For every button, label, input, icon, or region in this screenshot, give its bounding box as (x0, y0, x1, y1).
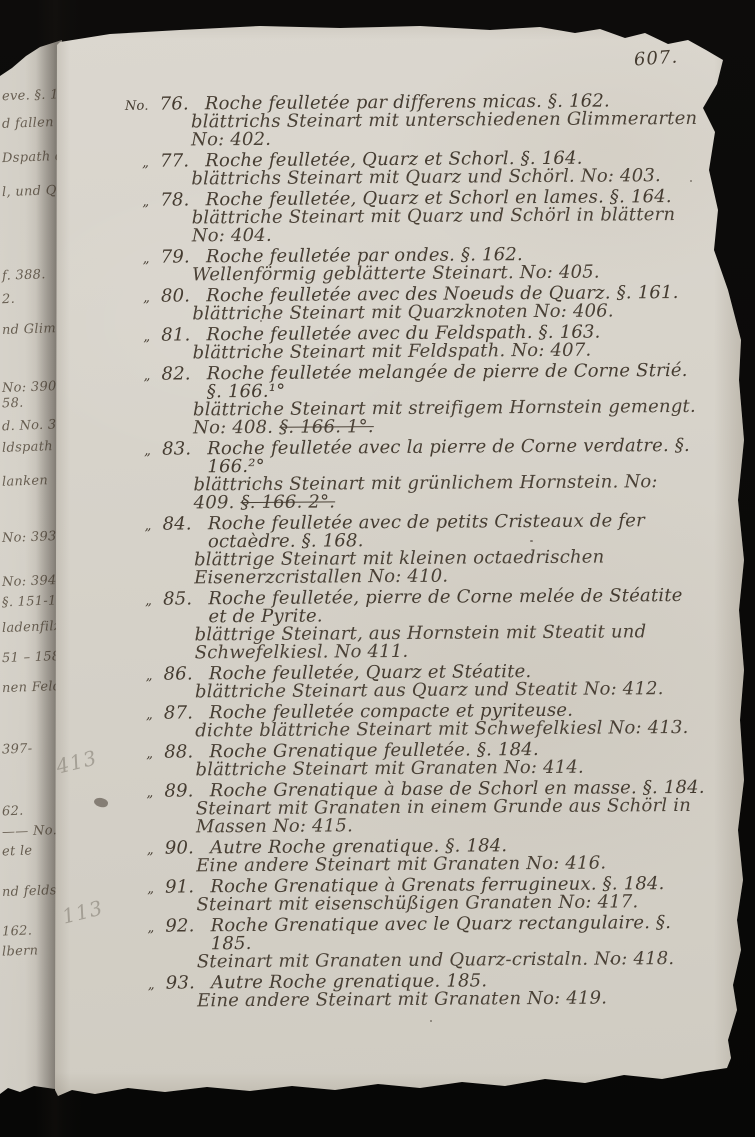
catalog-entry: „ 85. Roche feulletée, pierre de Corne m… (82, 587, 704, 663)
entry-german-transcription: blättrige Steinart mit kleinen octaedris… (194, 547, 605, 589)
ink-speck (170, 850, 172, 852)
entry-text: Roche feulletée melangée de pierre de Co… (207, 362, 703, 437)
entry-number: 90. (165, 839, 194, 875)
entry-text: Roche feulletée avec la pierre de Corne … (207, 437, 703, 512)
entry-text: Roche feulletée, Quarz et Stéatite. blät… (209, 662, 705, 701)
entry-german-transcription: blättrige Steinart, aus Hornstein mit St… (194, 621, 646, 663)
entry-text: Roche feulletée avec du Feldspath. §. 16… (206, 323, 702, 362)
entry-number: 82. (161, 365, 191, 437)
entry-german-transcription: blättriche Steinart aus Quarz und Steati… (195, 678, 664, 702)
entry-german-text: Steinart mit Granaten und Quarz-cristaln… (197, 950, 707, 972)
previous-page-text-fragment: 62. (2, 804, 24, 820)
entry-number: 92. (165, 917, 195, 971)
previous-page-text-fragment: 2. (2, 292, 16, 307)
entry-ditto-marker: „ (143, 327, 150, 363)
entry-ditto-marker: „ (145, 591, 152, 663)
entry-number-column: „ 77. (79, 152, 205, 189)
entry-number: 80. (161, 287, 190, 323)
ink-speck (690, 180, 692, 182)
entry-text: Roche feulletée avec des Noeuds de Quarz… (206, 284, 702, 323)
entry-german-transcription: Steinart mit Granaten und Quarz-cristaln… (197, 948, 675, 972)
entry-number-column: „ 79. (80, 248, 206, 285)
entry-german-text: blättrige Steinart, aus Hornstein mit St… (195, 623, 705, 663)
entry-german-text: blättrichs Steinart mit grünlichem Horns… (193, 473, 703, 513)
previous-page-text-fragment: —— No. (2, 823, 58, 840)
entry-number-column: „ 82. (81, 365, 207, 438)
entry-german-text: blättrige Steinart mit kleinen octaedris… (194, 548, 704, 588)
entry-number: 78. (160, 191, 190, 245)
catalog-entry: „ 83. Roche feulletée avec la pierre de … (81, 437, 703, 513)
entry-german-text: Steinart mit Granaten in einem Grunde au… (196, 797, 706, 837)
catalog-entry: „ 81. Roche feulletée avec du Feldspath.… (80, 323, 702, 363)
ink-speck (260, 320, 262, 322)
entry-ditto-marker: No. (125, 96, 149, 150)
previous-page-text-fragment: nd Glim. (2, 321, 61, 338)
entry-number: 93. (166, 974, 195, 1010)
entry-number-column: „ 88. (83, 743, 209, 780)
entry-german-transcription: blättriche Steinart mit Quarzknoten No: … (192, 300, 614, 324)
previous-page-text-fragment: No: 393. (2, 529, 62, 546)
entry-german-transcription: dichte blättriche Steinart mit Schwefelk… (195, 717, 688, 741)
entry-text: Roche feulletée avec de petits Cristeaux… (208, 512, 704, 587)
entry-german-text: blättriche Steinart mit Quarz und Schörl… (192, 206, 702, 246)
catalog-entry: „ 84. Roche feulletée avec de petits Cri… (82, 512, 704, 588)
entry-number-column: „ 83. (81, 440, 207, 513)
manuscript-page: 607. No. 76. Roche feulletée par differe… (50, 20, 744, 1098)
entry-ditto-marker: „ (147, 918, 154, 972)
previous-page-text-fragment: 58. (2, 396, 24, 412)
entry-number-column: „ 78. (79, 191, 205, 246)
entry-number-column: „ 87. (83, 704, 209, 741)
struck-reference: §. 166. 2°. (240, 491, 335, 513)
entry-number-column: No. 76. (79, 95, 205, 150)
entry-german-transcription: blättriche Steinart mit streifigem Horns… (193, 396, 696, 439)
entry-text: Roche feulletée par differens micas. §. … (205, 92, 701, 149)
catalog-entry: „ 89. Roche Grenatique à base de Schorl … (84, 779, 706, 837)
entry-text: Roche feulletée compacte et pyriteuse. d… (209, 701, 705, 740)
catalog-entry: „ 90. Autre Roche grenatique. §. 184. Ei… (84, 836, 706, 876)
previous-page-text-fragment: No: 390. (2, 379, 62, 396)
previous-page-text-fragment: lanken (2, 473, 49, 490)
previous-page-text-fragment: ldspath (2, 439, 53, 456)
catalog-entry: „ 78. Roche feulletée, Quarz et Schorl e… (79, 188, 701, 246)
entry-ditto-marker: „ (142, 153, 149, 189)
entry-german-text: blättrichs Steinart mit unterschiedenen … (191, 110, 701, 150)
previous-page-text-fragment: f. 388. (2, 267, 46, 284)
page-number: 607. (633, 46, 678, 70)
previous-page-text-fragment: 397- (2, 741, 33, 757)
entry-german-text: Wellenförmig geblätterte Steinart. No: 4… (192, 263, 702, 285)
previous-page-text-fragment: lbern (2, 943, 39, 959)
entry-german-transcription: blättriche Steinart mit Quarz und Schörl… (192, 204, 676, 246)
entry-number-column: „ 84. (82, 515, 208, 588)
catalog-entry: „ 80. Roche feulletée avec des Noeuds de… (80, 284, 702, 324)
previous-page-text-fragment: 51 – 158. (2, 649, 65, 666)
entry-number-column: „ 92. (85, 917, 211, 972)
entry-text: Roche Grenatique à base de Schorl en mas… (210, 779, 706, 836)
entry-german-text: blättrichs Steinart mit Quarz und Schörl… (191, 167, 701, 189)
entry-number: 87. (164, 704, 193, 740)
scan-background: { "colors":{"paper":"#d7d3ca","ink":"#45… (0, 0, 755, 1137)
entry-german-text: Steinart mit eisenschüßigen Granaten No:… (196, 893, 706, 915)
entry-german-transcription: blättrichs Steinart mit unterschiedenen … (191, 108, 697, 151)
entry-number-column: „ 86. (83, 665, 209, 702)
catalog-entry: „ 92. Roche Grenatique avec le Quarz rec… (85, 914, 707, 972)
entry-ditto-marker: „ (146, 783, 153, 837)
entry-ditto-marker: „ (148, 975, 155, 1011)
entry-text: Roche Grenatique à Grenats ferrugineux. … (210, 875, 706, 914)
entry-german-transcription: Steinart mit Granaten in einem Grunde au… (196, 795, 691, 837)
catalog-entry: „ 93. Autre Roche grenatique. 185. Eine … (85, 971, 707, 1011)
entry-german-text: Eine andere Steinart mit Granaten No: 41… (196, 854, 706, 876)
entry-text: Roche feulletée, pierre de Corne melée d… (208, 587, 704, 662)
entry-german-transcription: Wellenförmig geblätterte Steinart. No: 4… (192, 262, 600, 286)
entry-number: 83. (162, 440, 192, 512)
entry-ditto-marker: „ (144, 441, 151, 513)
entry-number: 76. (160, 95, 190, 149)
entry-number: 88. (164, 743, 193, 779)
entry-number: 79. (161, 248, 190, 284)
entry-ditto-marker: „ (146, 666, 153, 702)
catalog-entry: „ 82. Roche feulletée melangée de pierre… (81, 362, 703, 438)
entry-french-text: Roche feulletée avec de petits Cristeaux… (208, 512, 704, 551)
catalog-entry: „ 91. Roche Grenatique à Grenats ferrugi… (84, 875, 706, 915)
entry-number: 91. (165, 878, 194, 914)
entry-text: Roche Grenatique avec le Quarz rectangul… (211, 914, 707, 971)
entry-ditto-marker: „ (142, 192, 149, 246)
entry-text: Roche feulletée, Quarz et Schorl en lame… (205, 188, 701, 245)
entry-ditto-marker: „ (144, 366, 151, 438)
entry-german-transcription: blättriche Steinart mit Granaten No: 414… (195, 757, 584, 781)
previous-page-text-fragment: d fallen (2, 115, 54, 132)
entry-german-text: blättriche Steinart mit Feldspath. No: 4… (193, 341, 703, 363)
entry-german-text: blättriche Steinart mit streifigem Horns… (193, 398, 703, 438)
catalog-entry: „ 77. Roche feulletée, Quarz et Schorl. … (79, 149, 701, 189)
struck-reference: §. 166. 1°. (279, 416, 374, 438)
catalog-entry: „ 86. Roche feulletée, Quarz et Stéatite… (83, 662, 705, 702)
entry-german-transcription: blättriche Steinart mit Feldspath. No: 4… (193, 340, 592, 364)
entry-number: 85. (163, 590, 193, 662)
entry-ditto-marker: „ (143, 288, 150, 324)
entry-german-text: dichte blättriche Steinart mit Schwefelk… (195, 719, 705, 741)
entry-german-text: Eine andere Steinart mit Granaten No: 41… (197, 989, 707, 1011)
entry-german-text: blättriche Steinart aus Quarz und Steati… (195, 680, 705, 702)
entry-german-text: blättriche Steinart mit Quarzknoten No: … (192, 302, 702, 324)
entry-text: Roche feulletée, Quarz et Schorl. §. 164… (205, 149, 701, 188)
entry-number-column: „ 85. (82, 590, 208, 663)
catalog-entry: „ 79. Roche feulletée par ondes. §. 162.… (80, 245, 702, 285)
catalog-entry: No. 76. Roche feulletée par differens mi… (79, 92, 701, 150)
entry-ditto-marker: „ (143, 249, 150, 285)
previous-page-edge: eve. §. 141d fallenDspath dl, und Quf. 3… (0, 0, 62, 1137)
entry-number: 89. (164, 782, 194, 836)
entry-number-column: „ 90. (84, 839, 210, 876)
ink-speck (610, 960, 612, 962)
entry-ditto-marker: „ (147, 879, 154, 915)
entry-german-transcription: Eine andere Steinart mit Granaten No: 41… (196, 853, 606, 877)
ink-speck (530, 540, 533, 542)
entry-ditto-marker: „ (145, 516, 152, 588)
entry-text: Roche feulletée par ondes. §. 162. Welle… (206, 245, 702, 284)
entry-ditto-marker: „ (146, 744, 153, 780)
ink-speck (430, 1020, 432, 1022)
entry-ditto-marker: „ (146, 705, 153, 741)
entry-german-text: blättriche Steinart mit Granaten No: 414… (195, 758, 705, 780)
catalog-entry: „ 87. Roche feulletée compacte et pyrite… (83, 701, 705, 741)
previous-page-text-fragment: Dspath d (2, 149, 64, 166)
catalog-entries: No. 76. Roche feulletée par differens mi… (79, 92, 707, 1014)
entry-number: 84. (162, 515, 192, 587)
entry-text: Roche Grenatique feulletée. §. 184. blät… (209, 740, 705, 779)
previous-page-text-fragment: nd felds. (2, 883, 62, 900)
entry-number: 86. (164, 665, 193, 701)
entry-text: Autre Roche grenatique. 185. Eine andere… (211, 971, 707, 1010)
entry-number-column: „ 80. (80, 287, 206, 324)
entry-german-transcription: Eine andere Steinart mit Granaten No: 41… (197, 988, 607, 1012)
previous-page-text-fragment: l, und Qu (2, 183, 66, 200)
previous-page-text-fragment: et le (2, 843, 33, 859)
entry-number: 77. (160, 152, 189, 188)
previous-page-text-fragment: 162. (2, 923, 33, 939)
entry-number-column: „ 81. (80, 326, 206, 363)
catalog-entry: „ 88. Roche Grenatique feulletée. §. 184… (83, 740, 705, 780)
entry-ditto-marker: „ (147, 840, 154, 876)
entry-number-column: „ 93. (85, 974, 211, 1011)
entry-number: 81. (161, 326, 190, 362)
previous-page-text-fragment: ladenfilz (2, 619, 61, 636)
entry-number-column: „ 89. (84, 782, 210, 837)
entry-text: Autre Roche grenatique. §. 184. Eine and… (210, 836, 706, 875)
previous-page-text-fragment: No: 394. (2, 573, 62, 590)
